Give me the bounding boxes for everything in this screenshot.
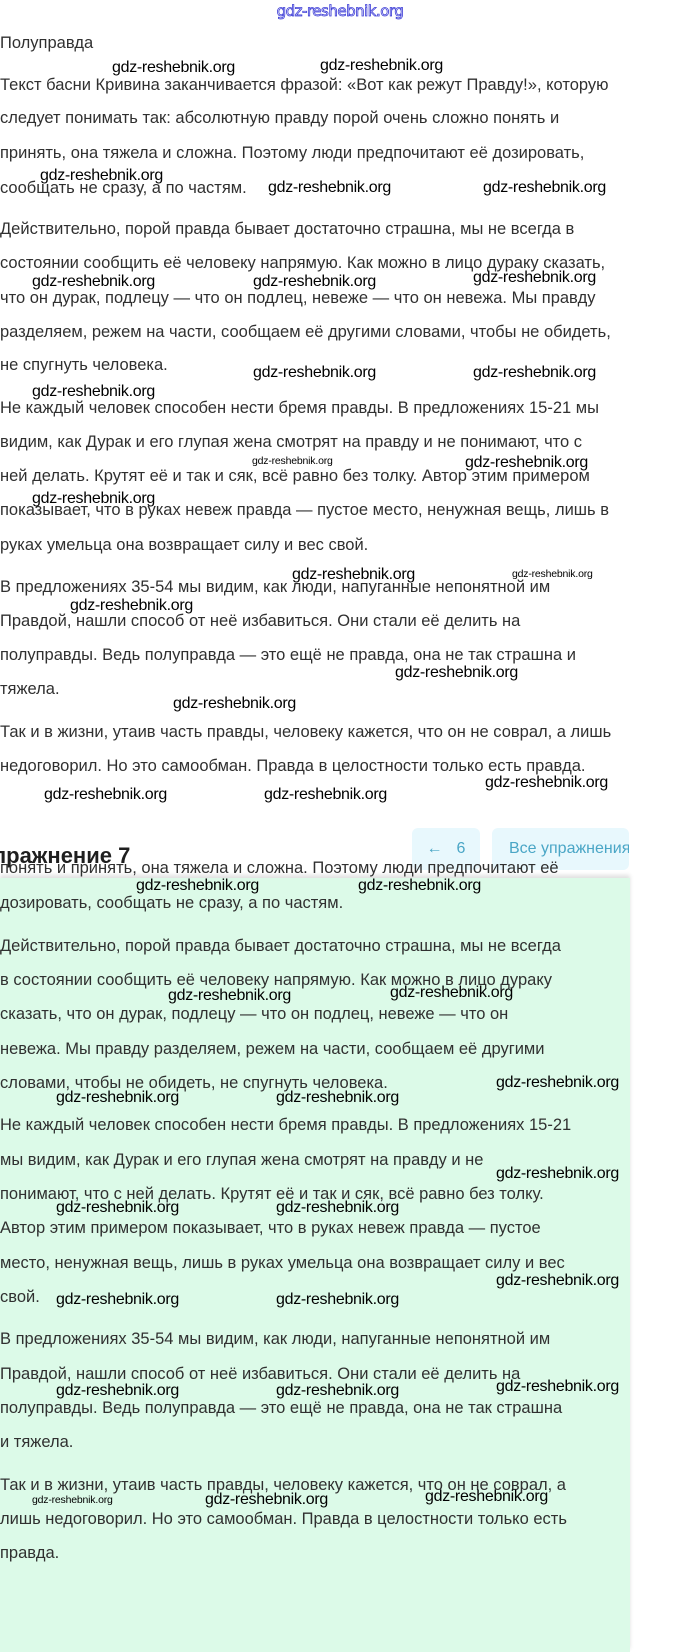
answer-line: В предложениях 35-54 мы видим, как люди,… — [0, 1329, 550, 1349]
watermark: gdz-reshebnik.org — [496, 1074, 619, 1092]
watermark: gdz-reshebnik.org — [496, 1165, 619, 1183]
watermark: gdz-reshebnik.org — [56, 1199, 179, 1217]
watermark: gdz-reshebnik.org — [276, 1291, 399, 1309]
watermark: gdz-reshebnik.org — [40, 167, 163, 185]
answer-line: свой. — [0, 1287, 40, 1307]
essay-line: Не каждый человек способен нести бремя п… — [0, 398, 599, 418]
watermark: gdz-reshebnik.org — [483, 179, 606, 197]
watermark: gdz-reshebnik.org — [320, 57, 443, 75]
watermark: gdz-reshebnik.org — [496, 1272, 619, 1290]
watermark: gdz-reshebnik.org — [32, 490, 155, 508]
site-watermark: gdz-reshebnik.org — [0, 0, 680, 22]
watermark: gdz-reshebnik.org — [173, 695, 296, 713]
watermark: gdz-reshebnik.org — [70, 597, 193, 615]
answer-line: Автор этим примером показывает, что в ру… — [0, 1218, 541, 1238]
watermark: gdz-reshebnik.org — [268, 179, 391, 197]
answer-line: лишь недоговорил. Но это самообман. Прав… — [0, 1509, 567, 1529]
watermark: gdz-reshebnik.org — [56, 1291, 179, 1309]
watermark: gdz-reshebnik.org — [44, 786, 167, 804]
essay-line: видим, как Дурак и его глупая жена смотр… — [0, 432, 582, 452]
watermark: gdz-reshebnik.org — [56, 1089, 179, 1107]
answer-line: место, ненужная вещь, лишь в руках умель… — [0, 1253, 565, 1273]
answer-line: дозировать, сообщать не сразу, а по част… — [0, 893, 343, 913]
watermark: gdz-reshebnik.org — [473, 364, 596, 382]
essay-line: Действительно, порой правда бывает доста… — [0, 219, 574, 239]
watermark: gdz-reshebnik.org — [264, 786, 387, 804]
watermark: gdz-reshebnik.org — [485, 774, 608, 792]
essay-line: недоговорил. Но это самообман. Правда в … — [0, 756, 586, 776]
watermark: gdz-reshebnik.org — [473, 269, 596, 287]
watermark: gdz-reshebnik.org — [276, 1089, 399, 1107]
essay-line: принять, она тяжела и сложна. Поэтому лю… — [0, 143, 584, 163]
answer-line: Не каждый человек способен нести бремя п… — [0, 1115, 571, 1135]
watermark: gdz-reshebnik.org — [32, 273, 155, 291]
essay-line: следует понимать так: абсолютную правду … — [0, 108, 559, 128]
essay-line: полуправды. Ведь полуправда — это ещё не… — [0, 645, 576, 665]
answer-line: невежа. Мы правду разделяем, режем на ча… — [0, 1039, 544, 1059]
answer-line: и тяжела. — [0, 1432, 73, 1452]
watermark: gdz-reshebnik.org — [168, 987, 291, 1005]
essay-line: Текст басни Кривина заканчивается фразой… — [0, 75, 609, 95]
essay-title: Полуправда — [0, 33, 93, 53]
watermark: gdz-reshebnik.org — [32, 1494, 113, 1506]
essay-line: разделяем, режем на части, сообщаем её д… — [0, 322, 611, 342]
essay-line: В предложениях 35-54 мы видим, как люди,… — [0, 577, 550, 597]
essay-line: тяжела. — [0, 679, 60, 699]
watermark: gdz-reshebnik.org — [205, 1491, 328, 1509]
watermark: gdz-reshebnik.org — [32, 383, 155, 401]
watermark: gdz-reshebnik.org — [112, 59, 235, 77]
watermark: gdz-reshebnik.org — [390, 984, 513, 1002]
answer-line: понять и принять, она тяжела и сложна. П… — [0, 858, 559, 878]
essay-line: что он дурак, подлецу — что он подлец, н… — [0, 288, 596, 308]
answer-line: правда. — [0, 1543, 59, 1563]
watermark: gdz-reshebnik.org — [425, 1488, 548, 1506]
essay-line: Так и в жизни, утаив часть правды, челов… — [0, 722, 611, 742]
watermark: gdz-reshebnik.org — [292, 566, 415, 584]
essay-line: не спугнуть человека. — [0, 355, 168, 375]
watermark: gdz-reshebnik.org — [136, 877, 259, 895]
watermark: gdz-reshebnik.org — [276, 1199, 399, 1217]
answer-line: мы видим, как Дурак и его глупая жена см… — [0, 1150, 483, 1170]
watermark: gdz-reshebnik.org — [395, 664, 518, 682]
watermark: gdz-reshebnik.org — [253, 364, 376, 382]
answer-line: Действительно, порой правда бывает доста… — [0, 936, 561, 956]
watermark: gdz-reshebnik.org — [465, 454, 588, 472]
watermark: gdz-reshebnik.org — [512, 568, 593, 580]
watermark: gdz-reshebnik.org — [56, 1382, 179, 1400]
watermark: gdz-reshebnik.org — [253, 273, 376, 291]
essay-line: руках умельца она возвращает силу и вес … — [0, 535, 368, 555]
answer-line: сказать, что он дурак, подлецу — что он … — [0, 1004, 508, 1024]
watermark: gdz-reshebnik.org — [276, 1382, 399, 1400]
watermark: gdz-reshebnik.org — [252, 455, 333, 467]
watermark: gdz-reshebnik.org — [358, 877, 481, 895]
answer-line: Правдой, нашли способ от неё избавиться.… — [0, 1364, 520, 1384]
answer-line: полуправды. Ведь полуправда — это ещё не… — [0, 1398, 562, 1418]
arrow-left-icon: ← — [427, 840, 443, 858]
prev-exercise-number: 6 — [457, 840, 466, 858]
watermark: gdz-reshebnik.org — [496, 1378, 619, 1396]
